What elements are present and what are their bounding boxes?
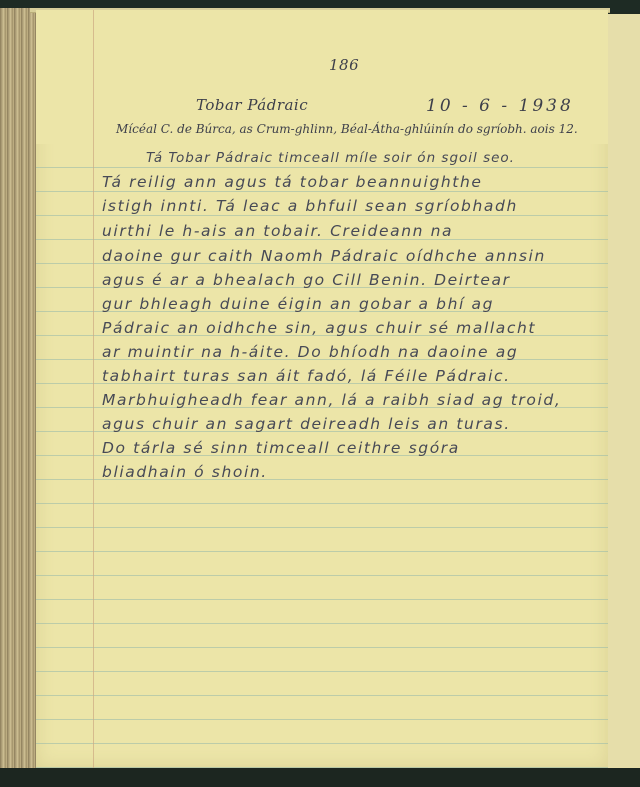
manuscript-page: 186 Tobar Pádraic 10 - 6 - 1938 Mícéal C… — [36, 10, 608, 768]
body-line: tabhairt turas san áit fadó, lá Féile Pá… — [102, 367, 511, 385]
body-line: daoine gur caith Naomh Pádraic oídhche a… — [102, 247, 546, 265]
body-line: Do tárla sé sinn timceall ceithre sgóra — [102, 439, 460, 457]
body-line: agus chuir an sagart deireadh leis an tu… — [102, 415, 511, 433]
story-title: Tobar Pádraic — [196, 96, 308, 114]
body-line: Tá reilig ann agus tá tobar beannuighthe — [102, 173, 483, 191]
story-date: 10 - 6 - 1938 — [426, 96, 574, 116]
margin-line — [93, 10, 94, 768]
adjacent-page-edge — [606, 14, 640, 768]
body-line: istigh innti. Tá leac a bhfuil sean sgrí… — [102, 197, 518, 215]
body-line: Pádraic an oidhche sin, agus chuir sé ma… — [102, 319, 536, 337]
body-line: uirthi le h-ais an tobair. Creideann na — [102, 222, 453, 240]
body-line: agus é ar a bhealach go Cill Benin. Deir… — [102, 271, 511, 289]
body-line: Tá Tobar Pádraic timceall míle soir ón s… — [146, 150, 515, 166]
page-number: 186 — [329, 56, 359, 74]
body-line: Marbhuigheadh fear ann, lá a raibh siad … — [102, 391, 561, 409]
author-line: Mícéal C. de Búrca, as Crum-ghlinn, Béal… — [116, 122, 578, 136]
body-line: gur bhleagh duine éigin an gobar a bhí a… — [102, 295, 494, 313]
book-page-edges — [0, 8, 39, 770]
scanner-bottom-background — [0, 768, 640, 787]
body-line: ar muintir na h-áite. Do bhíodh na daoin… — [102, 343, 518, 361]
body-line: bliadhain ó shoin. — [102, 463, 268, 481]
